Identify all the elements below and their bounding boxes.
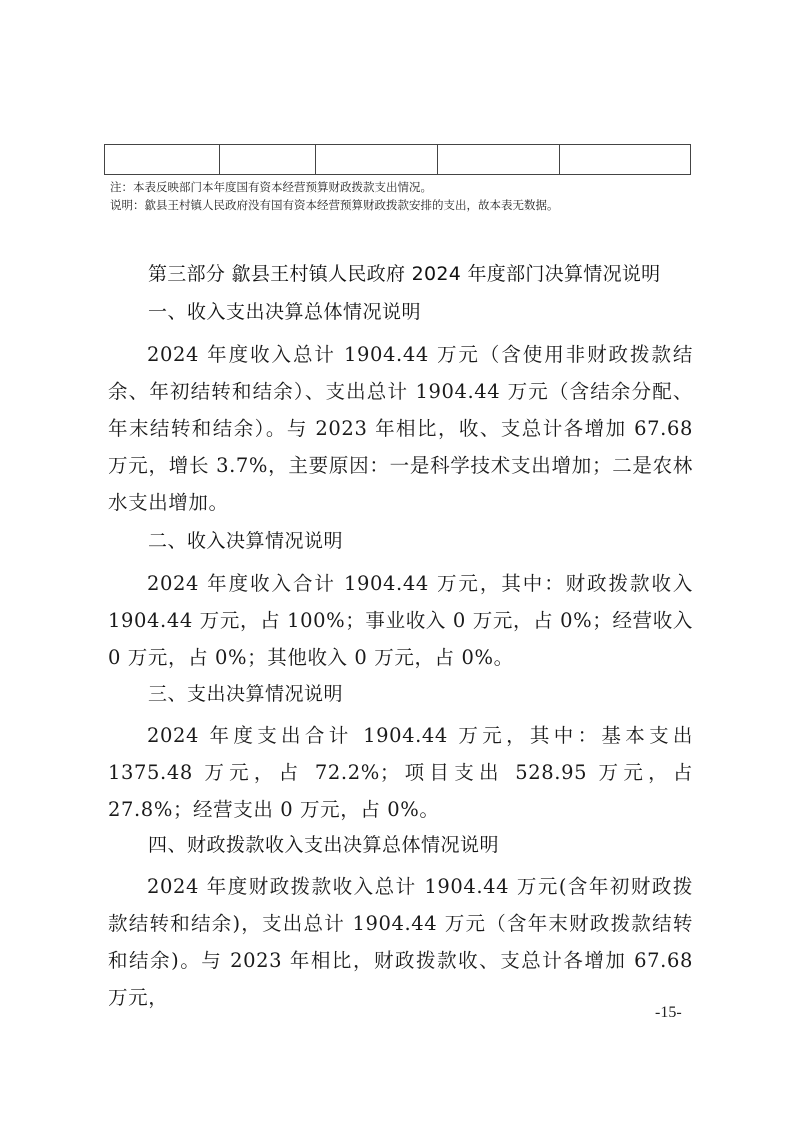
table-cell bbox=[220, 145, 316, 175]
section-body-3: 2024 年度支出合计 1904.44 万元，其中：基本支出 1375.48 万… bbox=[108, 717, 693, 828]
section-heading-4: 四、财政拨款收入支出决算总体情况说明 bbox=[148, 831, 499, 859]
table-cell bbox=[438, 145, 560, 175]
section-heading-2: 二、收入决算情况说明 bbox=[148, 527, 343, 555]
page-number: -15- bbox=[655, 1003, 682, 1023]
section-body-4: 2024 年度财政拨款收入总计 1904.44 万元(含年初财政拨款结转和结余)… bbox=[108, 868, 693, 1016]
section-body-1: 2024 年度收入总计 1904.44 万元（含使用非财政拨款结余、年初结转和结… bbox=[108, 336, 693, 521]
table-cell bbox=[105, 145, 220, 175]
table-row bbox=[105, 145, 691, 175]
section-body-2: 2024 年度收入合计 1904.44 万元，其中：财政拨款收入 1904.44… bbox=[108, 565, 693, 676]
section-heading-3: 三、支出决算情况说明 bbox=[148, 680, 343, 708]
table-note: 注：本表反映部门本年度国有资本经营预算财政拨款支出情况。 bbox=[110, 180, 432, 194]
table-cell bbox=[316, 145, 438, 175]
empty-data-table bbox=[104, 144, 691, 175]
table-cell bbox=[560, 145, 691, 175]
table-explanation: 说明：歙县王村镇人民政府没有国有资本经营预算财政拨款安排的支出，故本表无数据。 bbox=[110, 198, 559, 212]
part-title: 第三部分 歙县王村镇人民政府 2024 年度部门决算情况说明 bbox=[148, 260, 660, 288]
section-heading-1: 一、收入支出决算总体情况说明 bbox=[148, 298, 421, 326]
document-page: 注：本表反映部门本年度国有资本经营预算财政拨款支出情况。 说明：歙县王村镇人民政… bbox=[0, 0, 793, 1122]
